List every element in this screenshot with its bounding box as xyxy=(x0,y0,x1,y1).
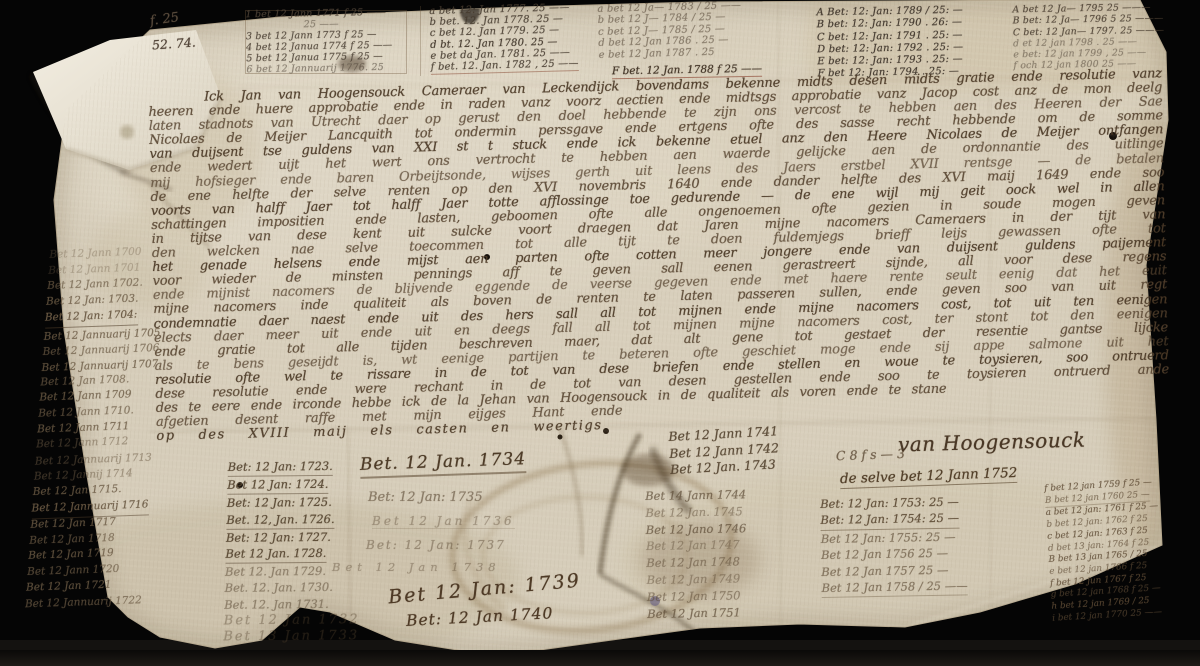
ledger-column-1795-1800: A bet 12 Ja— 1795 25 ———B bet: 12 Ja— 17… xyxy=(1012,2,1164,72)
ledger-column-rule xyxy=(420,6,421,76)
ledger-column-1783-1787: a bet 12 Ja— 1783 / 25 ——b bet 12 J— 178… xyxy=(597,0,742,61)
payment-entry-1736: Bet 12 Jan 1736 xyxy=(372,514,515,529)
payment-entry: Bet. 12, Jan. 1726. xyxy=(226,511,334,530)
signature-van-hoogensouck: van Hoogensouck xyxy=(898,428,1086,457)
ledger-column-1777-1782: a bet 12: Jan 1777. 25 ——b bet. 12. Jan … xyxy=(429,2,579,75)
payments-column-1753-1758: Bet: 12 Jan: 1753: 25 —Bet: 12 Jan: 1754… xyxy=(820,493,968,598)
margin-payments-1700-1722: Bet 12 Jann 1700Bet 12 Jann 1701Bet 12 J… xyxy=(25,243,220,619)
ledger-column-1789-1794: A Bet: 12: Jan: 1789 / 25: —B bet: 12: J… xyxy=(816,5,964,81)
payment-entry: Bet 12 Jan: 1704: xyxy=(45,307,138,328)
payment-entry: Bet 12 Jan. 1728. xyxy=(225,545,326,564)
payment-entry: Bet 12 Jann 1712 xyxy=(36,435,129,454)
payment-entry: Bet: 12 Jan: 1725. xyxy=(227,494,332,511)
payment-entry: Bet: 12 Jan: 1723. xyxy=(228,458,333,477)
payment-entry: Bet 12 Jan 1751 xyxy=(647,604,741,622)
scan-bottom-edge xyxy=(0,650,1200,666)
payments-column-1741-1743: Bet 12 Jann 1741Bet 12 Jann 1742Bet 12 J… xyxy=(668,423,780,478)
payments-column-1759-1770: f bet 12 jan 1759 f 25 —B bet 12 jan 176… xyxy=(1044,477,1165,625)
deed-body-text: Ick Jan van Hoogensouck Cameraer van Lec… xyxy=(148,67,1170,448)
payment-entry: Bet 12 Jano 1746 xyxy=(646,520,747,539)
payment-entry: Bet 12 Jannuarij 1722 xyxy=(25,594,142,614)
payment-entry: Bet 12 Jan 1732 xyxy=(224,612,360,629)
manuscript-scan: f. 25 52. 74. 1 bet 12 Jann 1771 f 25 ——… xyxy=(0,0,1200,666)
payment-entry: Bet 12 Jan: 1724. xyxy=(227,476,328,495)
payment-entry-1735: Bet: 12 Jan: 1735 xyxy=(368,490,483,505)
payment-entry-1738: Bet 12 Jan 1738 xyxy=(332,560,501,574)
folio-number: 52. 74. xyxy=(152,34,197,52)
payment-entry: Bet 12 Jan 1721 xyxy=(26,577,112,596)
payment-entry: Bet: 12 Jan: 1754: 25 — xyxy=(820,510,959,531)
payment-entry: Bet 12 Jan 1748 xyxy=(646,554,740,572)
payments-column-1744-1751: Bet 14 Jann 1744Bet 12 Jan. 1745Bet 12 J… xyxy=(645,486,748,622)
payment-entry: Bet 12 Jan 1747 xyxy=(646,537,740,555)
payment-entry: Bet 14 Jann 1744 xyxy=(645,486,746,505)
payment-entry: Bet 13 Jan 1733 xyxy=(223,628,359,645)
payment-entry: Bet 12 Jan 1750 xyxy=(647,587,741,605)
payment-entry: Bet 12 Jan 1749 xyxy=(646,570,740,588)
clerk-mark: C 8 f s — 3 xyxy=(836,446,905,463)
payment-entry: Bet 12 Jan 1758 / 25 —— xyxy=(821,577,967,598)
payment-entry: Bet 12. Jan 1729. xyxy=(225,563,326,580)
payment-entry: Bet 12 Jan. 1745 xyxy=(645,503,743,521)
payment-entry: Bet 12 Jan 1715. xyxy=(33,482,122,501)
payment-entry-1737: Bet: 12 Jan: 1737 xyxy=(366,538,506,552)
payment-entry: Bet. 12. Jan 1731. xyxy=(224,595,329,612)
ledger-column-1771-1776: 1 bet 12 Jann 1771 f 25 ——25 ——3 bet 12 … xyxy=(245,8,392,76)
payment-entry: Bet. 12. Jan. 1730. xyxy=(225,579,333,596)
payment-entry: Bet: 12 Jan: 1727. xyxy=(226,529,331,546)
payments-column-1723-1733: Bet: 12 Jan: 1723.Bet 12 Jan: 1724.Bet: … xyxy=(223,457,364,647)
